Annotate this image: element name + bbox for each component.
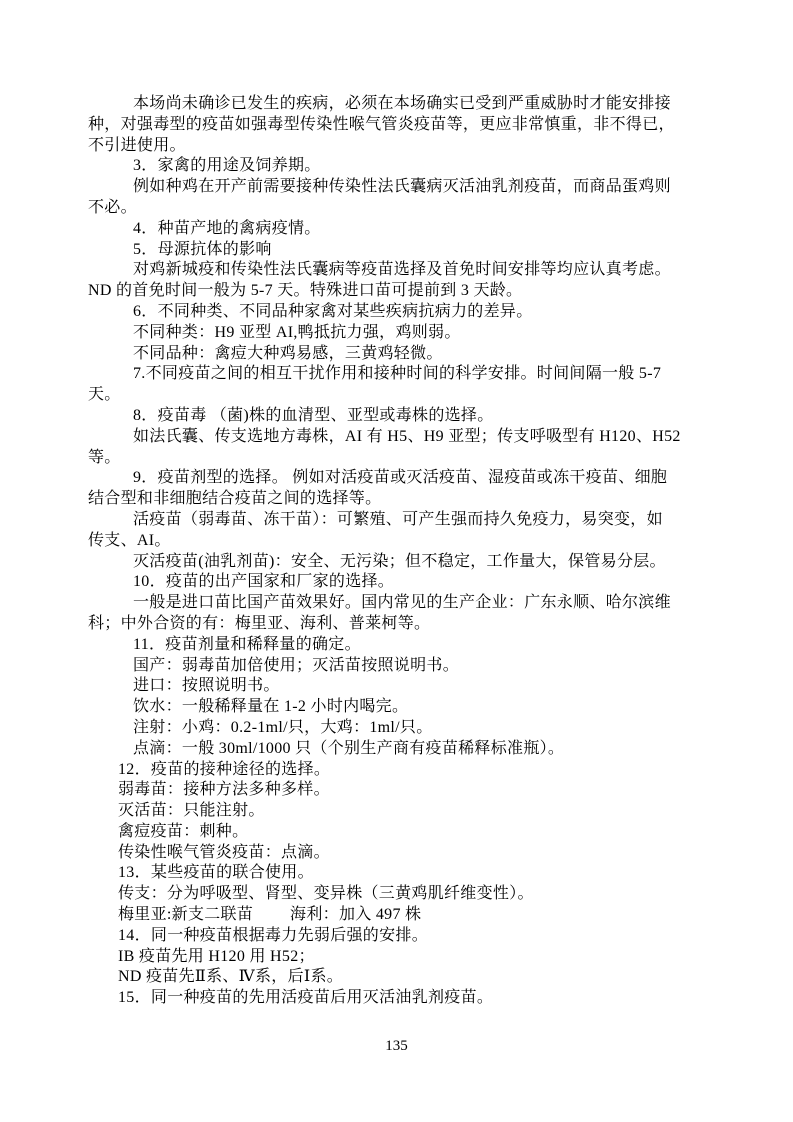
text-line: 灭活疫苗(油乳剂苗)：安全、无污染；但不稳定，工作量大，保管易分层。 — [88, 552, 708, 573]
text-line: 传支：分为呼吸型、肾型、变异株（三黄鸡肌纤维变性）。 — [88, 884, 708, 905]
text-line: 例如种鸡在开产前需要接种传染性法氏囊病灭活油乳剂疫苗，而商品蛋鸡则 — [88, 177, 708, 198]
text-line: 禽痘疫苗：刺种。 — [88, 822, 708, 843]
text-line: 对鸡新城疫和传染性法氏囊病等疫苗选择及首免时间安排等均应认真考虑。 — [88, 260, 708, 281]
text-line: 13．某些疫苗的联合使用。 — [88, 863, 708, 884]
text-line: 注射：小鸡：0.2-1ml/只，大鸡：1ml/只。 — [88, 718, 708, 739]
text-line: 15．同一种疫苗的先用活疫苗后用灭活油乳剂疫苗。 — [88, 988, 708, 1009]
text-line: IB 疫苗先用 H120 用 H52； — [88, 947, 708, 968]
text-line: 5．母源抗体的影响 — [88, 240, 708, 261]
document-viewport: { "document": { "text_color": "#000000",… — [0, 0, 793, 1122]
text-line: 进口：按照说明书。 — [88, 676, 708, 697]
text-line: 10．疫苗的出产国家和厂家的选择。 — [88, 572, 708, 593]
text-line: 天。 — [88, 385, 708, 406]
text-line: 12．疫苗的接种途径的选择。 — [88, 760, 708, 781]
text-line: 不必。 — [88, 198, 708, 219]
text-line: 种，对强毒型的疫苗如强毒型传染性喉气管炎疫苗等，更应非常慎重，非不得已， — [88, 115, 708, 136]
text-line: 点滴：一般 30ml/1000 只（个别生产商有疫苗稀释标准瓶）。 — [88, 739, 708, 760]
text-line: 4．种苗产地的禽病疫情。 — [88, 219, 708, 240]
text-line: 梅里亚:新支二联苗 海利：加入 497 株 — [88, 905, 708, 926]
text-line: ND 的首免时间一般为 5-7 天。特殊进口苗可提前到 3 天龄。 — [88, 281, 708, 302]
text-line: 6．不同种类、不同品种家禽对某些疾病抗病力的差异。 — [88, 302, 708, 323]
text-line: 活疫苗（弱毒苗、冻干苗）：可繁殖、可产生强而持久免疫力，易突变，如 — [88, 510, 708, 531]
text-line: 7.不同疫苗之间的相互干扰作用和接种时间的科学安排。时间间隔一般 5-7 — [88, 364, 708, 385]
text-line: 灭活苗：只能注射。 — [88, 801, 708, 822]
text-line: 不同种类：H9 亚型 AI,鸭抵抗力强，鸡则弱。 — [88, 323, 708, 344]
text-line: 11．疫苗剂量和稀释量的确定。 — [88, 635, 708, 656]
page-number: 135 — [0, 1037, 793, 1055]
text-line: 3．家禽的用途及饲养期。 — [88, 156, 708, 177]
text-line: 如法氏囊、传支选地方毒株，AI 有 H5、H9 亚型；传支呼吸型有 H120、H… — [88, 427, 708, 448]
text-line: 14．同一种疫苗根据毒力先弱后强的安排。 — [88, 926, 708, 947]
document-body: 本场尚未确诊已发生的疾病，必须在本场确实已受到严重威胁时才能安排接种，对强毒型的… — [88, 94, 708, 1009]
text-line: 不引进使用。 — [88, 136, 708, 157]
text-line: 传支、AI。 — [88, 531, 708, 552]
text-line: 8．疫苗毒 （菌)株的血清型、亚型或毒株的选择。 — [88, 406, 708, 427]
text-line: 不同品种：禽痘大种鸡易感，三黄鸡轻微。 — [88, 344, 708, 365]
text-line: ND 疫苗先Ⅱ系、Ⅳ系，后Ⅰ系。 — [88, 967, 708, 988]
text-line: 饮水：一般稀释量在 1-2 小时内喝完。 — [88, 697, 708, 718]
text-line: 传染性喉气管炎疫苗：点滴。 — [88, 843, 708, 864]
text-line: 9．疫苗剂型的选择。 例如对活疫苗或灭活疫苗、湿疫苗或冻干疫苗、细胞 — [88, 468, 708, 489]
text-line: 弱毒苗：接种方法多种多样。 — [88, 780, 708, 801]
text-line: 科；中外合资的有：梅里亚、海利、普莱柯等。 — [88, 614, 708, 635]
text-line: 国产：弱毒苗加倍使用；灭活苗按照说明书。 — [88, 656, 708, 677]
text-line: 本场尚未确诊已发生的疾病，必须在本场确实已受到严重威胁时才能安排接 — [88, 94, 708, 115]
document-page: 本场尚未确诊已发生的疾病，必须在本场确实已受到严重威胁时才能安排接种，对强毒型的… — [0, 0, 793, 1122]
text-line: 等。 — [88, 448, 708, 469]
text-line: 一般是进口苗比国产苗效果好。国内常见的生产企业：广东永顺、哈尔滨维 — [88, 593, 708, 614]
text-line: 结合型和非细胞结合疫苗之间的选择等。 — [88, 489, 708, 510]
